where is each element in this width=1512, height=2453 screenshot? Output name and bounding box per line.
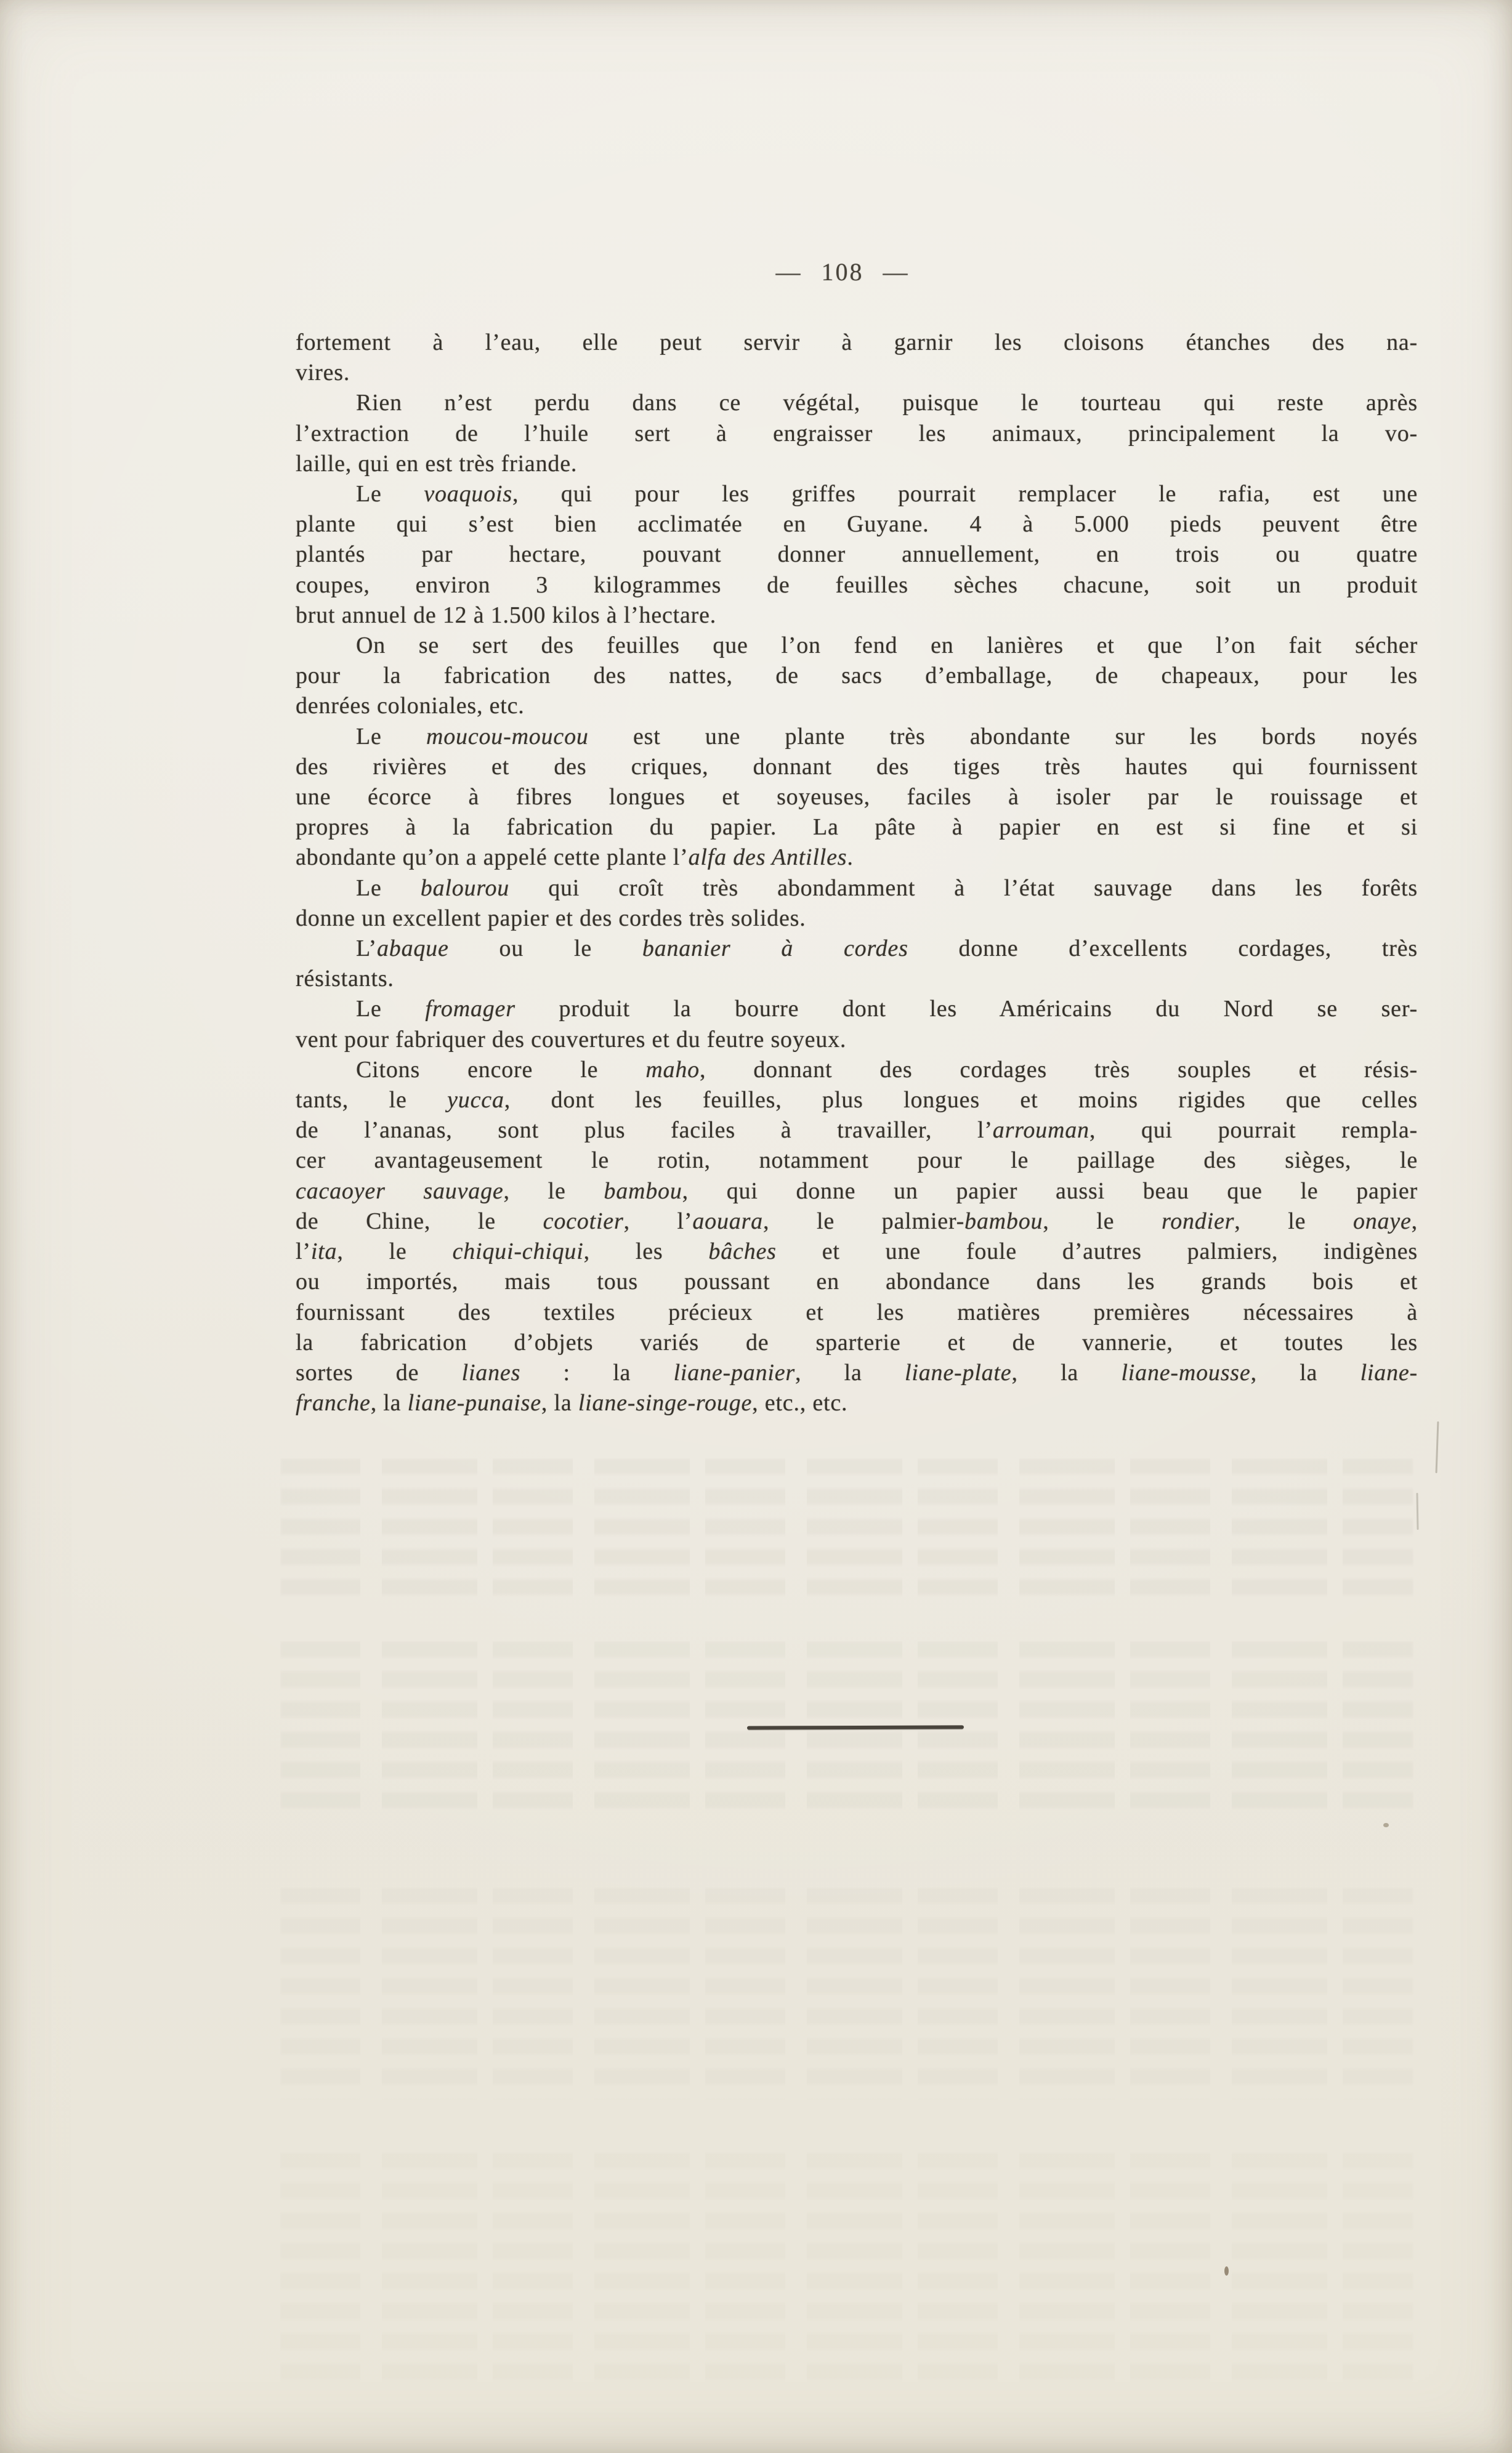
italic-term: abaque bbox=[377, 936, 449, 961]
body-text: abondante qu’on a appelé cette plante l’ bbox=[296, 844, 689, 870]
text-line: propres à la fabrication du papier. La p… bbox=[296, 812, 1418, 843]
body-text: pour la fabrication des nattes, de sacs … bbox=[296, 663, 1418, 689]
body-text: , qui donne un papier aussi beau que le … bbox=[682, 1178, 1418, 1204]
body-text: plante qui s’est bien acclimatée en Guya… bbox=[296, 511, 1418, 537]
italic-term: liane-plate bbox=[905, 1360, 1011, 1386]
scan-artifact-tick bbox=[1416, 1493, 1418, 1530]
text-line: Le moucou-moucou est une plante très abo… bbox=[296, 722, 1418, 752]
text-line: abondante qu’on a appelé cette plante l’… bbox=[296, 843, 1418, 873]
body-text: , dont les feuilles, plus longues et moi… bbox=[504, 1087, 1418, 1113]
body-text: donne un excellent papier et des cordes … bbox=[296, 905, 806, 931]
body-text: qui croît très abondamment à l’état sauv… bbox=[509, 875, 1418, 901]
body-text: Le bbox=[356, 481, 424, 507]
body-text: , le palmier- bbox=[763, 1208, 964, 1234]
italic-term: cocotier bbox=[543, 1208, 624, 1234]
ink-bleed-through bbox=[280, 1641, 1413, 1820]
text-line: franche, la liane-punaise, la liane-sing… bbox=[296, 1388, 1418, 1418]
italic-term: liane-singe-rouge bbox=[578, 1390, 752, 1416]
paper-speck bbox=[1224, 2266, 1229, 2276]
text-line: denrées coloniales, etc. bbox=[296, 691, 1418, 721]
body-text: vires. bbox=[296, 360, 350, 386]
body-text: l’ bbox=[296, 1239, 311, 1264]
italic-term: bâches bbox=[708, 1239, 776, 1264]
italic-term: bambou bbox=[964, 1208, 1043, 1234]
italic-term: liane-panier bbox=[674, 1360, 795, 1386]
italic-term: franche bbox=[296, 1390, 371, 1416]
body-text: Le bbox=[356, 724, 426, 750]
body-text: fortement à l’eau, elle peut servir à ga… bbox=[296, 329, 1418, 355]
body-text: , la bbox=[541, 1390, 578, 1416]
body-text: de Chine, le bbox=[296, 1208, 543, 1234]
text-line: brut annuel de 12 à 1.500 kilos à l’hect… bbox=[296, 600, 1418, 631]
body-text: , la bbox=[1011, 1360, 1121, 1386]
text-line: l’ita, le chiqui-chiqui, les bâches et u… bbox=[296, 1237, 1418, 1267]
text-line: Rien n’est perdu dans ce végétal, puisqu… bbox=[296, 388, 1418, 418]
body-text: produit la bourre dont les Américains du… bbox=[515, 996, 1418, 1022]
page-number-header: — 108 — bbox=[294, 259, 1391, 286]
body-text: résistants. bbox=[296, 966, 394, 992]
text-line: une écorce à fibres longues et soyeuses,… bbox=[296, 782, 1418, 812]
text-line: vires. bbox=[296, 358, 1418, 388]
body-text: , l’ bbox=[624, 1208, 693, 1234]
text-line: pour la fabrication des nattes, de sacs … bbox=[296, 661, 1418, 691]
italic-term: arrouman bbox=[993, 1117, 1090, 1143]
italic-term: aouara bbox=[692, 1208, 763, 1234]
text-line: l’extraction de l’huile sert à engraisse… bbox=[296, 419, 1418, 449]
text-line: ou importés, mais tous poussant en abond… bbox=[296, 1267, 1418, 1297]
body-text: Le bbox=[356, 875, 421, 901]
body-text: et une foule d’autres palmiers, indigène… bbox=[777, 1239, 1418, 1264]
body-text: Rien n’est perdu dans ce végétal, puisqu… bbox=[356, 390, 1418, 416]
italic-term: bananier à cordes bbox=[642, 936, 908, 961]
ink-bleed-through bbox=[280, 1888, 1413, 2100]
italic-term: bambou bbox=[604, 1178, 682, 1204]
text-line: fournissant des textiles précieux et les… bbox=[296, 1298, 1418, 1328]
italic-term: onaye bbox=[1353, 1208, 1412, 1234]
text-line: plantés par hectare, pouvant donner annu… bbox=[296, 539, 1418, 570]
body-text: cer avantageusement le rotin, notamment … bbox=[296, 1147, 1418, 1173]
text-line: Citons encore le maho, donnant des corda… bbox=[296, 1055, 1418, 1085]
body-text: L’ bbox=[356, 936, 377, 961]
italic-term: yucca bbox=[447, 1087, 504, 1113]
italic-term: ita bbox=[311, 1239, 338, 1264]
italic-term: fromager bbox=[425, 996, 515, 1022]
text-line: la fabrication d’objets variés de sparte… bbox=[296, 1328, 1418, 1358]
text-line: résistants. bbox=[296, 964, 1418, 994]
body-text: ou le bbox=[449, 936, 642, 961]
text-line: Le fromager produit la bourre dont les A… bbox=[296, 994, 1418, 1024]
paper-speck bbox=[1383, 1823, 1389, 1827]
body-text: Citons encore le bbox=[356, 1057, 645, 1083]
italic-term: balourou bbox=[421, 875, 509, 901]
text-line: laille, qui en est très friande. bbox=[296, 449, 1418, 479]
body-text: l’extraction de l’huile sert à engraisse… bbox=[296, 421, 1418, 447]
body-text: vent pour fabriquer des couvertures et d… bbox=[296, 1027, 846, 1053]
italic-term: liane-mousse bbox=[1121, 1360, 1250, 1386]
italic-term: chiqui-chiqui bbox=[453, 1239, 584, 1264]
ink-bleed-through bbox=[280, 1458, 1413, 1603]
italic-term: liane- bbox=[1360, 1360, 1418, 1386]
italic-term: liane-punaise bbox=[408, 1390, 541, 1416]
body-text: . bbox=[847, 844, 853, 870]
body-text: la fabrication d’objets variés de sparte… bbox=[296, 1330, 1418, 1356]
text-line: Le balourou qui croît très abondamment à… bbox=[296, 873, 1418, 903]
body-text: , donnant des cordages très souples et r… bbox=[700, 1057, 1418, 1083]
body-text: denrées coloniales, etc. bbox=[296, 693, 525, 719]
body-text: , le bbox=[504, 1178, 604, 1204]
text-line: des rivières et des criques, donnant des… bbox=[296, 752, 1418, 782]
italic-term: alfa des Antilles bbox=[689, 844, 847, 870]
body-text: , qui pour les griffes pourrait remplace… bbox=[512, 481, 1418, 507]
body-text: des rivières et des criques, donnant des… bbox=[296, 754, 1418, 780]
body-text: , bbox=[1412, 1208, 1418, 1234]
scan-artifact-tick bbox=[1436, 1421, 1439, 1473]
italic-term: lianes bbox=[462, 1360, 521, 1386]
body-text: , qui pourrait rempla- bbox=[1090, 1117, 1418, 1143]
text-line: Le voaquois, qui pour les griffes pourra… bbox=[296, 479, 1418, 509]
text-line: sortes de lianes : la liane-panier, la l… bbox=[296, 1358, 1418, 1388]
body-text: une écorce à fibres longues et soyeuses,… bbox=[296, 784, 1418, 810]
body-text: tants, le bbox=[296, 1087, 447, 1113]
body-text: On se sert des feuilles que l’on fend en… bbox=[356, 632, 1418, 658]
text-line: de Chine, le cocotier, l’aouara, le palm… bbox=[296, 1206, 1418, 1237]
body-text: laille, qui en est très friande. bbox=[296, 451, 577, 477]
body-text: , etc., etc. bbox=[752, 1390, 847, 1416]
text-line: tants, le yucca, dont les feuilles, plus… bbox=[296, 1085, 1418, 1115]
text-line: L’abaque ou le bananier à cordes donne d… bbox=[296, 934, 1418, 964]
text-line: cer avantageusement le rotin, notamment … bbox=[296, 1146, 1418, 1176]
body-text: , la bbox=[1251, 1360, 1360, 1386]
text-block: fortement à l’eau, elle peut servir à ga… bbox=[296, 328, 1418, 1418]
body-text: : la bbox=[520, 1360, 673, 1386]
ink-bleed-through bbox=[280, 2152, 1413, 2383]
body-text: , la bbox=[795, 1360, 905, 1386]
body-text: , le bbox=[337, 1239, 452, 1264]
text-line: plante qui s’est bien acclimatée en Guya… bbox=[296, 509, 1418, 539]
italic-term: maho bbox=[645, 1057, 700, 1083]
italic-term: rondier bbox=[1162, 1208, 1234, 1234]
text-line: vent pour fabriquer des couvertures et d… bbox=[296, 1025, 1418, 1055]
body-text: fournissant des textiles précieux et les… bbox=[296, 1299, 1418, 1325]
text-line: cacaoyer sauvage, le bambou, qui donne u… bbox=[296, 1176, 1418, 1206]
text-line: On se sert des feuilles que l’on fend en… bbox=[296, 631, 1418, 661]
scanned-book-page: — 108 — fortement à l’eau, elle peut ser… bbox=[0, 0, 1512, 2453]
body-text: propres à la fabrication du papier. La p… bbox=[296, 814, 1418, 840]
body-text: plantés par hectare, pouvant donner annu… bbox=[296, 541, 1418, 567]
italic-term: moucou-moucou bbox=[426, 724, 589, 750]
body-text: donne d’excellents cordages, très bbox=[908, 936, 1418, 961]
italic-term: cacaoyer sauvage bbox=[296, 1178, 504, 1204]
body-text: , le bbox=[1043, 1208, 1162, 1234]
text-line: coupes, environ 3 kilogrammes de feuille… bbox=[296, 570, 1418, 600]
body-text: Le bbox=[356, 996, 425, 1022]
text-line: de l’ananas, sont plus faciles à travail… bbox=[296, 1115, 1418, 1146]
body-text: ou importés, mais tous poussant en abond… bbox=[296, 1269, 1418, 1295]
body-text: , le bbox=[1234, 1208, 1353, 1234]
body-text: est une plante très abondante sur les bo… bbox=[589, 724, 1418, 750]
body-text: de l’ananas, sont plus faciles à travail… bbox=[296, 1117, 993, 1143]
body-text: , la bbox=[371, 1390, 408, 1416]
body-text: coupes, environ 3 kilogrammes de feuille… bbox=[296, 572, 1418, 598]
body-text: sortes de bbox=[296, 1360, 462, 1386]
body-text: , les bbox=[584, 1239, 709, 1264]
italic-term: voaquois bbox=[424, 481, 512, 507]
body-text: brut annuel de 12 à 1.500 kilos à l’hect… bbox=[296, 602, 716, 628]
text-line: fortement à l’eau, elle peut servir à ga… bbox=[296, 328, 1418, 358]
text-line: donne un excellent papier et des cordes … bbox=[296, 903, 1418, 934]
